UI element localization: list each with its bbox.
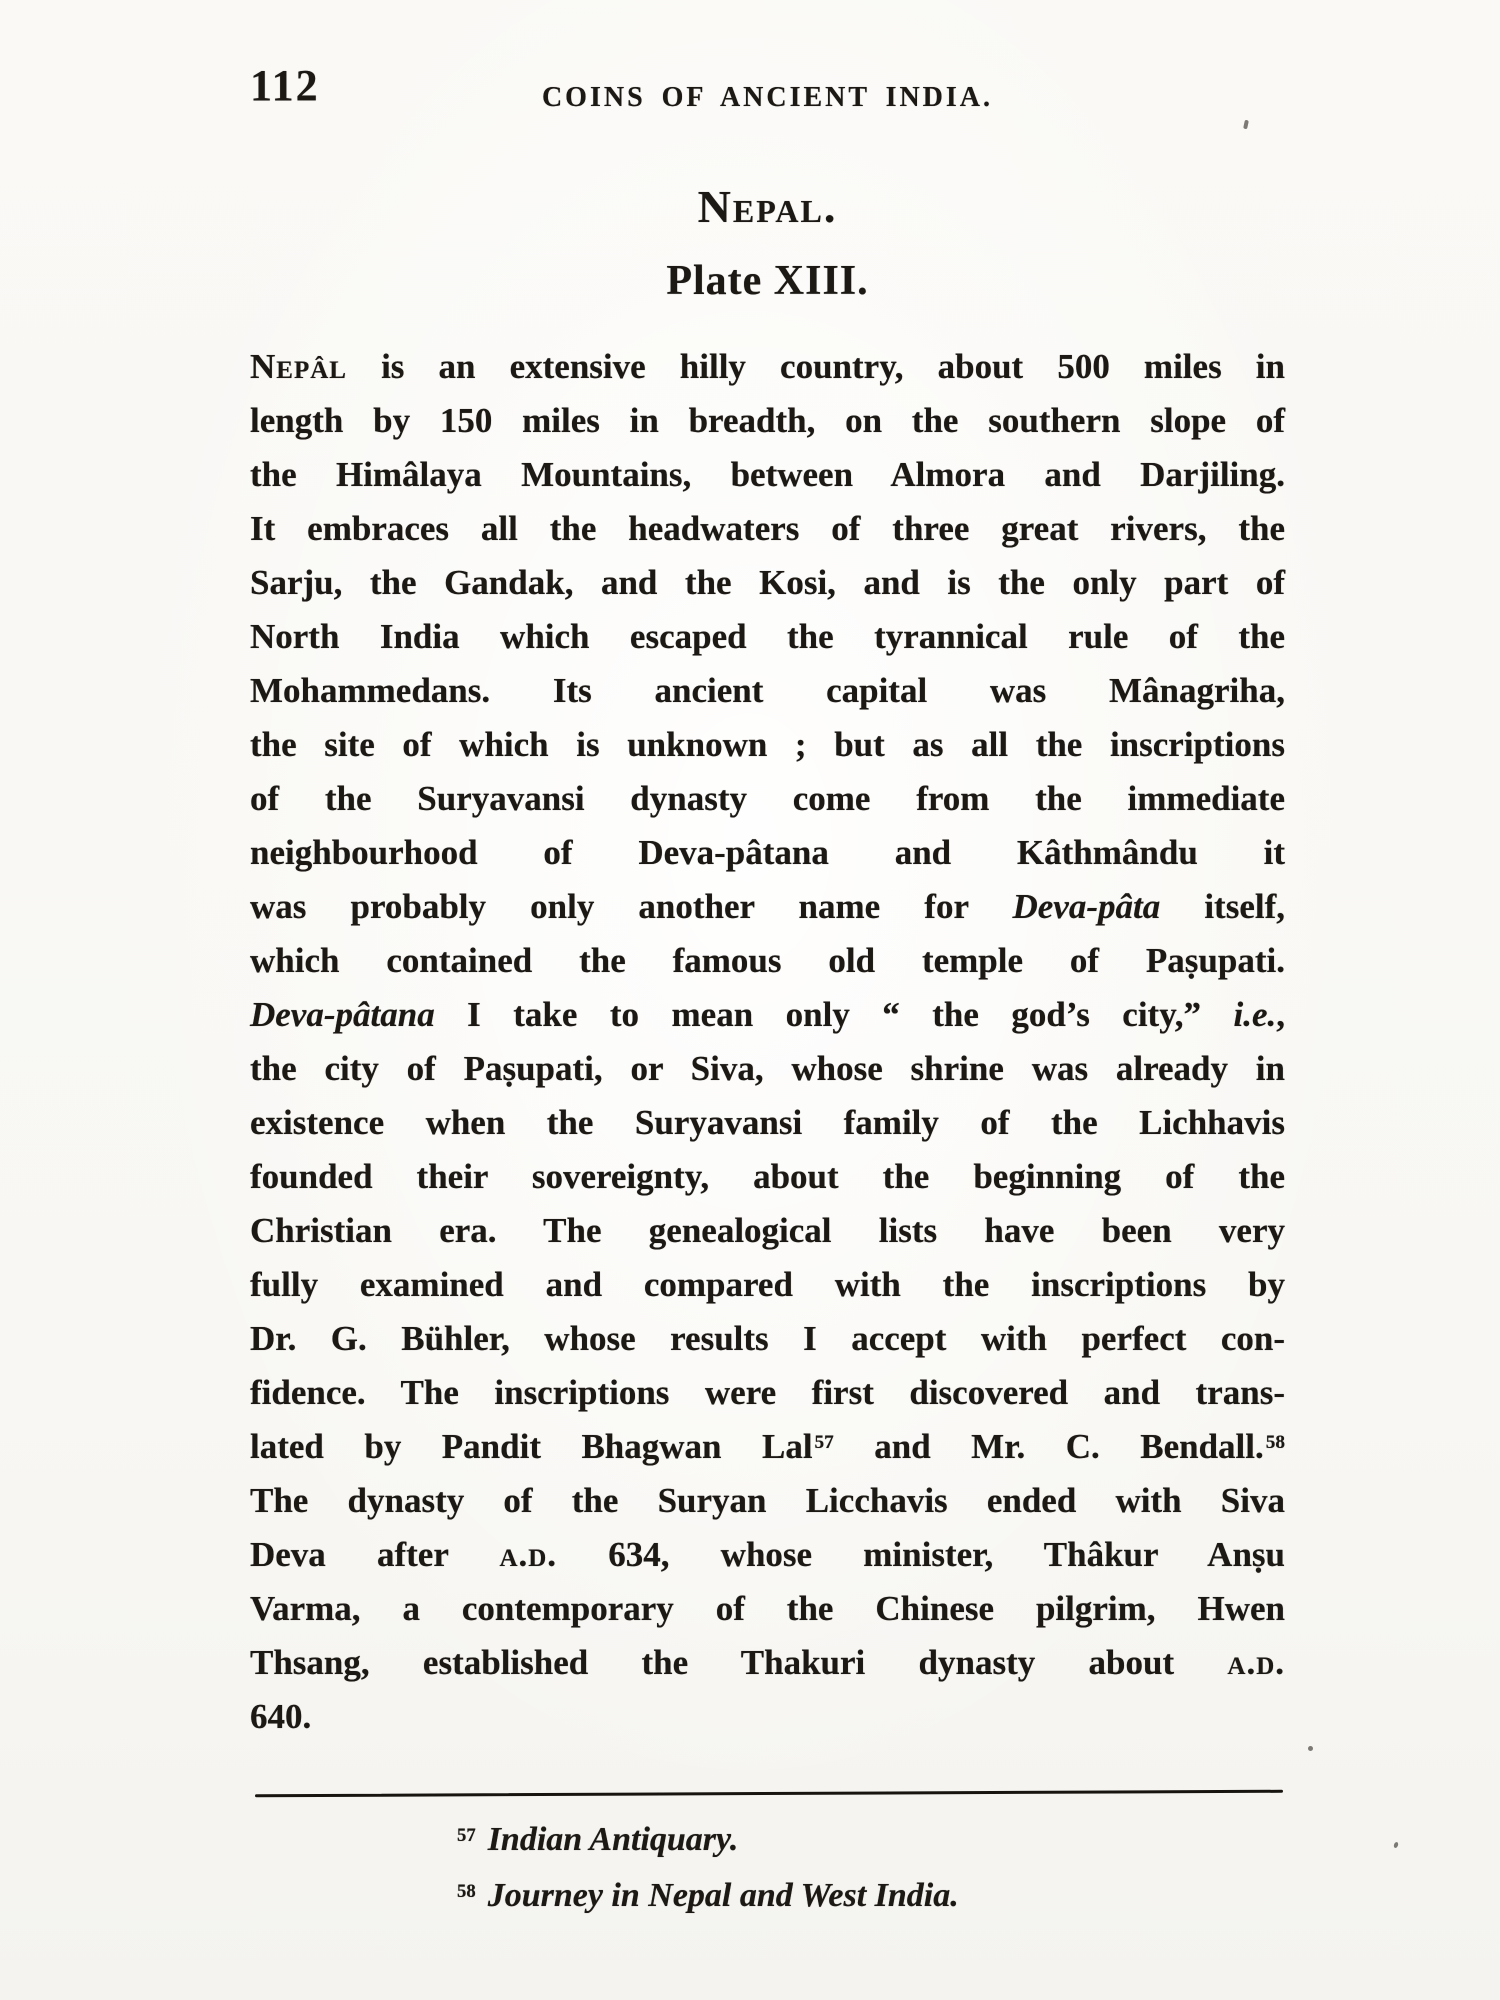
text-segment: I take to mean only “ the god’s city,” — [435, 995, 1234, 1034]
text-segment: a.d. — [1227, 1643, 1285, 1682]
text-segment: , — [1276, 995, 1285, 1034]
text-segment: Dr. G. Bühler, whose results I accept wi… — [250, 1319, 1285, 1358]
paragraph-line: Varma, a contemporary of the Chinese pil… — [250, 1582, 1285, 1636]
paragraph-line: was probably only another name for Deva-… — [250, 880, 1285, 934]
text-segment: and Mr. C. Bendall. — [834, 1427, 1264, 1466]
text-segment: Deva after — [250, 1535, 499, 1574]
paragraph-line: Dr. G. Bühler, whose results I accept wi… — [250, 1312, 1285, 1366]
paragraph-line: lated by Pandit Bhagwan Lal57 and Mr. C.… — [250, 1420, 1285, 1474]
text-segment: Deva-pâta — [1012, 887, 1160, 926]
text-segment: 640. — [250, 1697, 311, 1736]
text-segment: the city of Paṣupati, or Siva, whose shr… — [250, 1049, 1285, 1088]
text-segment: Sarju, the Gandak, and the Kosi, and is … — [250, 563, 1285, 602]
text-segment: The dynasty of the Suryan Licchavis ende… — [250, 1481, 1285, 1520]
footnote: 58Journey in Nepal and West India. — [455, 1868, 1285, 1924]
paragraph-line: length by 150 miles in breadth, on the s… — [250, 394, 1285, 448]
footnote: 57Indian Antiquary. — [455, 1812, 1285, 1868]
text-segment: 634, whose minister, Thâkur Anṣu — [557, 1535, 1285, 1574]
text-segment: Nepâl — [250, 347, 347, 386]
text-segment: of the Suryavansi dynasty come from the … — [250, 779, 1285, 818]
paragraph-line: Mohammedans. Its ancient capital was Mân… — [250, 664, 1285, 718]
scan-speck — [1393, 1841, 1399, 1848]
text-segment: a.d. — [499, 1535, 557, 1574]
text-segment: fully examined and compared with the ins… — [250, 1265, 1285, 1304]
text-segment: was probably only another name for — [250, 887, 1012, 926]
text-segment: neighbourhood of Deva-pâtana and Kâthmân… — [250, 833, 1285, 872]
footnote-rule — [255, 1790, 1283, 1797]
text-segment: Deva-pâtana — [250, 995, 435, 1034]
paragraph: Nepâl is an extensive hilly country, abo… — [250, 340, 1285, 1744]
text-segment: Thsang, established the Thakuri dynasty … — [250, 1643, 1227, 1682]
paragraph-line: neighbourhood of Deva-pâtana and Kâthmân… — [250, 826, 1285, 880]
paragraph-line: which contained the famous old temple of… — [250, 934, 1285, 988]
paragraph-line: 640. — [250, 1690, 1285, 1744]
paragraph-line: Deva-pâtana I take to mean only “ the go… — [250, 988, 1285, 1042]
text-segment: Christian era. The genealogical lists ha… — [250, 1211, 1285, 1250]
text-segment: length by 150 miles in breadth, on the s… — [250, 401, 1285, 440]
scan-speck — [1308, 1746, 1313, 1751]
text-segment: It embraces all the headwaters of three … — [250, 509, 1285, 548]
section-heading: Nepal. — [250, 184, 1285, 230]
text-segment: 57 — [815, 1432, 834, 1453]
paragraph-line: Thsang, established the Thakuri dynasty … — [250, 1636, 1285, 1690]
footnotes: 57Indian Antiquary.58Journey in Nepal an… — [455, 1812, 1285, 1924]
text-segment: the site of which is unknown ; but as al… — [250, 725, 1285, 764]
paragraph-line: existence when the Suryavansi family of … — [250, 1096, 1285, 1150]
text-segment: Journey in Nepal and West India. — [488, 1877, 959, 1914]
paragraph-line: the Himâlaya Mountains, between Almora a… — [250, 448, 1285, 502]
paragraph-line: of the Suryavansi dynasty come from the … — [250, 772, 1285, 826]
paragraph-line: It embraces all the headwaters of three … — [250, 502, 1285, 556]
text-segment: fidence. The inscriptions were first dis… — [250, 1373, 1285, 1412]
paragraph-line: the site of which is unknown ; but as al… — [250, 718, 1285, 772]
text-segment: Indian Antiquary. — [488, 1821, 739, 1858]
text-segment: is an extensive hilly country, about 500… — [347, 347, 1285, 386]
plate-heading: Plate XIII. — [250, 260, 1285, 302]
text-segment: 58 — [1266, 1432, 1285, 1453]
text-segment: Varma, a contemporary of the Chinese pil… — [250, 1589, 1285, 1628]
paragraph-line: Nepâl is an extensive hilly country, abo… — [250, 340, 1285, 394]
scan-speck — [1243, 120, 1249, 130]
paragraph-line: fully examined and compared with the ins… — [250, 1258, 1285, 1312]
text-segment: existence when the Suryavansi family of … — [250, 1103, 1285, 1142]
text-segment: Mohammedans. Its ancient capital was Mân… — [250, 671, 1285, 710]
book-page: 112 COINS OF ANCIENT INDIA. Nepal. Plate… — [0, 0, 1500, 2000]
paragraph-line: The dynasty of the Suryan Licchavis ende… — [250, 1474, 1285, 1528]
running-header: COINS OF ANCIENT INDIA. — [250, 84, 1285, 112]
text-segment: lated by Pandit Bhagwan Lal — [250, 1427, 813, 1466]
paragraph-line: Christian era. The genealogical lists ha… — [250, 1204, 1285, 1258]
text-segment: North India which escaped the tyrannical… — [250, 617, 1285, 656]
paragraph-line: Sarju, the Gandak, and the Kosi, and is … — [250, 556, 1285, 610]
paragraph-line: North India which escaped the tyrannical… — [250, 610, 1285, 664]
text-segment: the Himâlaya Mountains, between Almora a… — [250, 455, 1285, 494]
paragraph-line: Deva after a.d. 634, whose minister, Thâ… — [250, 1528, 1285, 1582]
text-segment: which contained the famous old temple of… — [250, 941, 1285, 980]
text-segment: itself, — [1160, 887, 1285, 926]
text-segment: founded their sovereignty, about the beg… — [250, 1157, 1285, 1196]
footnote-marker: 57 — [457, 1825, 476, 1846]
paragraph-line: fidence. The inscriptions were first dis… — [250, 1366, 1285, 1420]
footnote-marker: 58 — [457, 1881, 476, 1902]
paragraph-line: the city of Paṣupati, or Siva, whose shr… — [250, 1042, 1285, 1096]
text-segment: i.e. — [1233, 995, 1276, 1034]
paragraph-line: founded their sovereignty, about the beg… — [250, 1150, 1285, 1204]
